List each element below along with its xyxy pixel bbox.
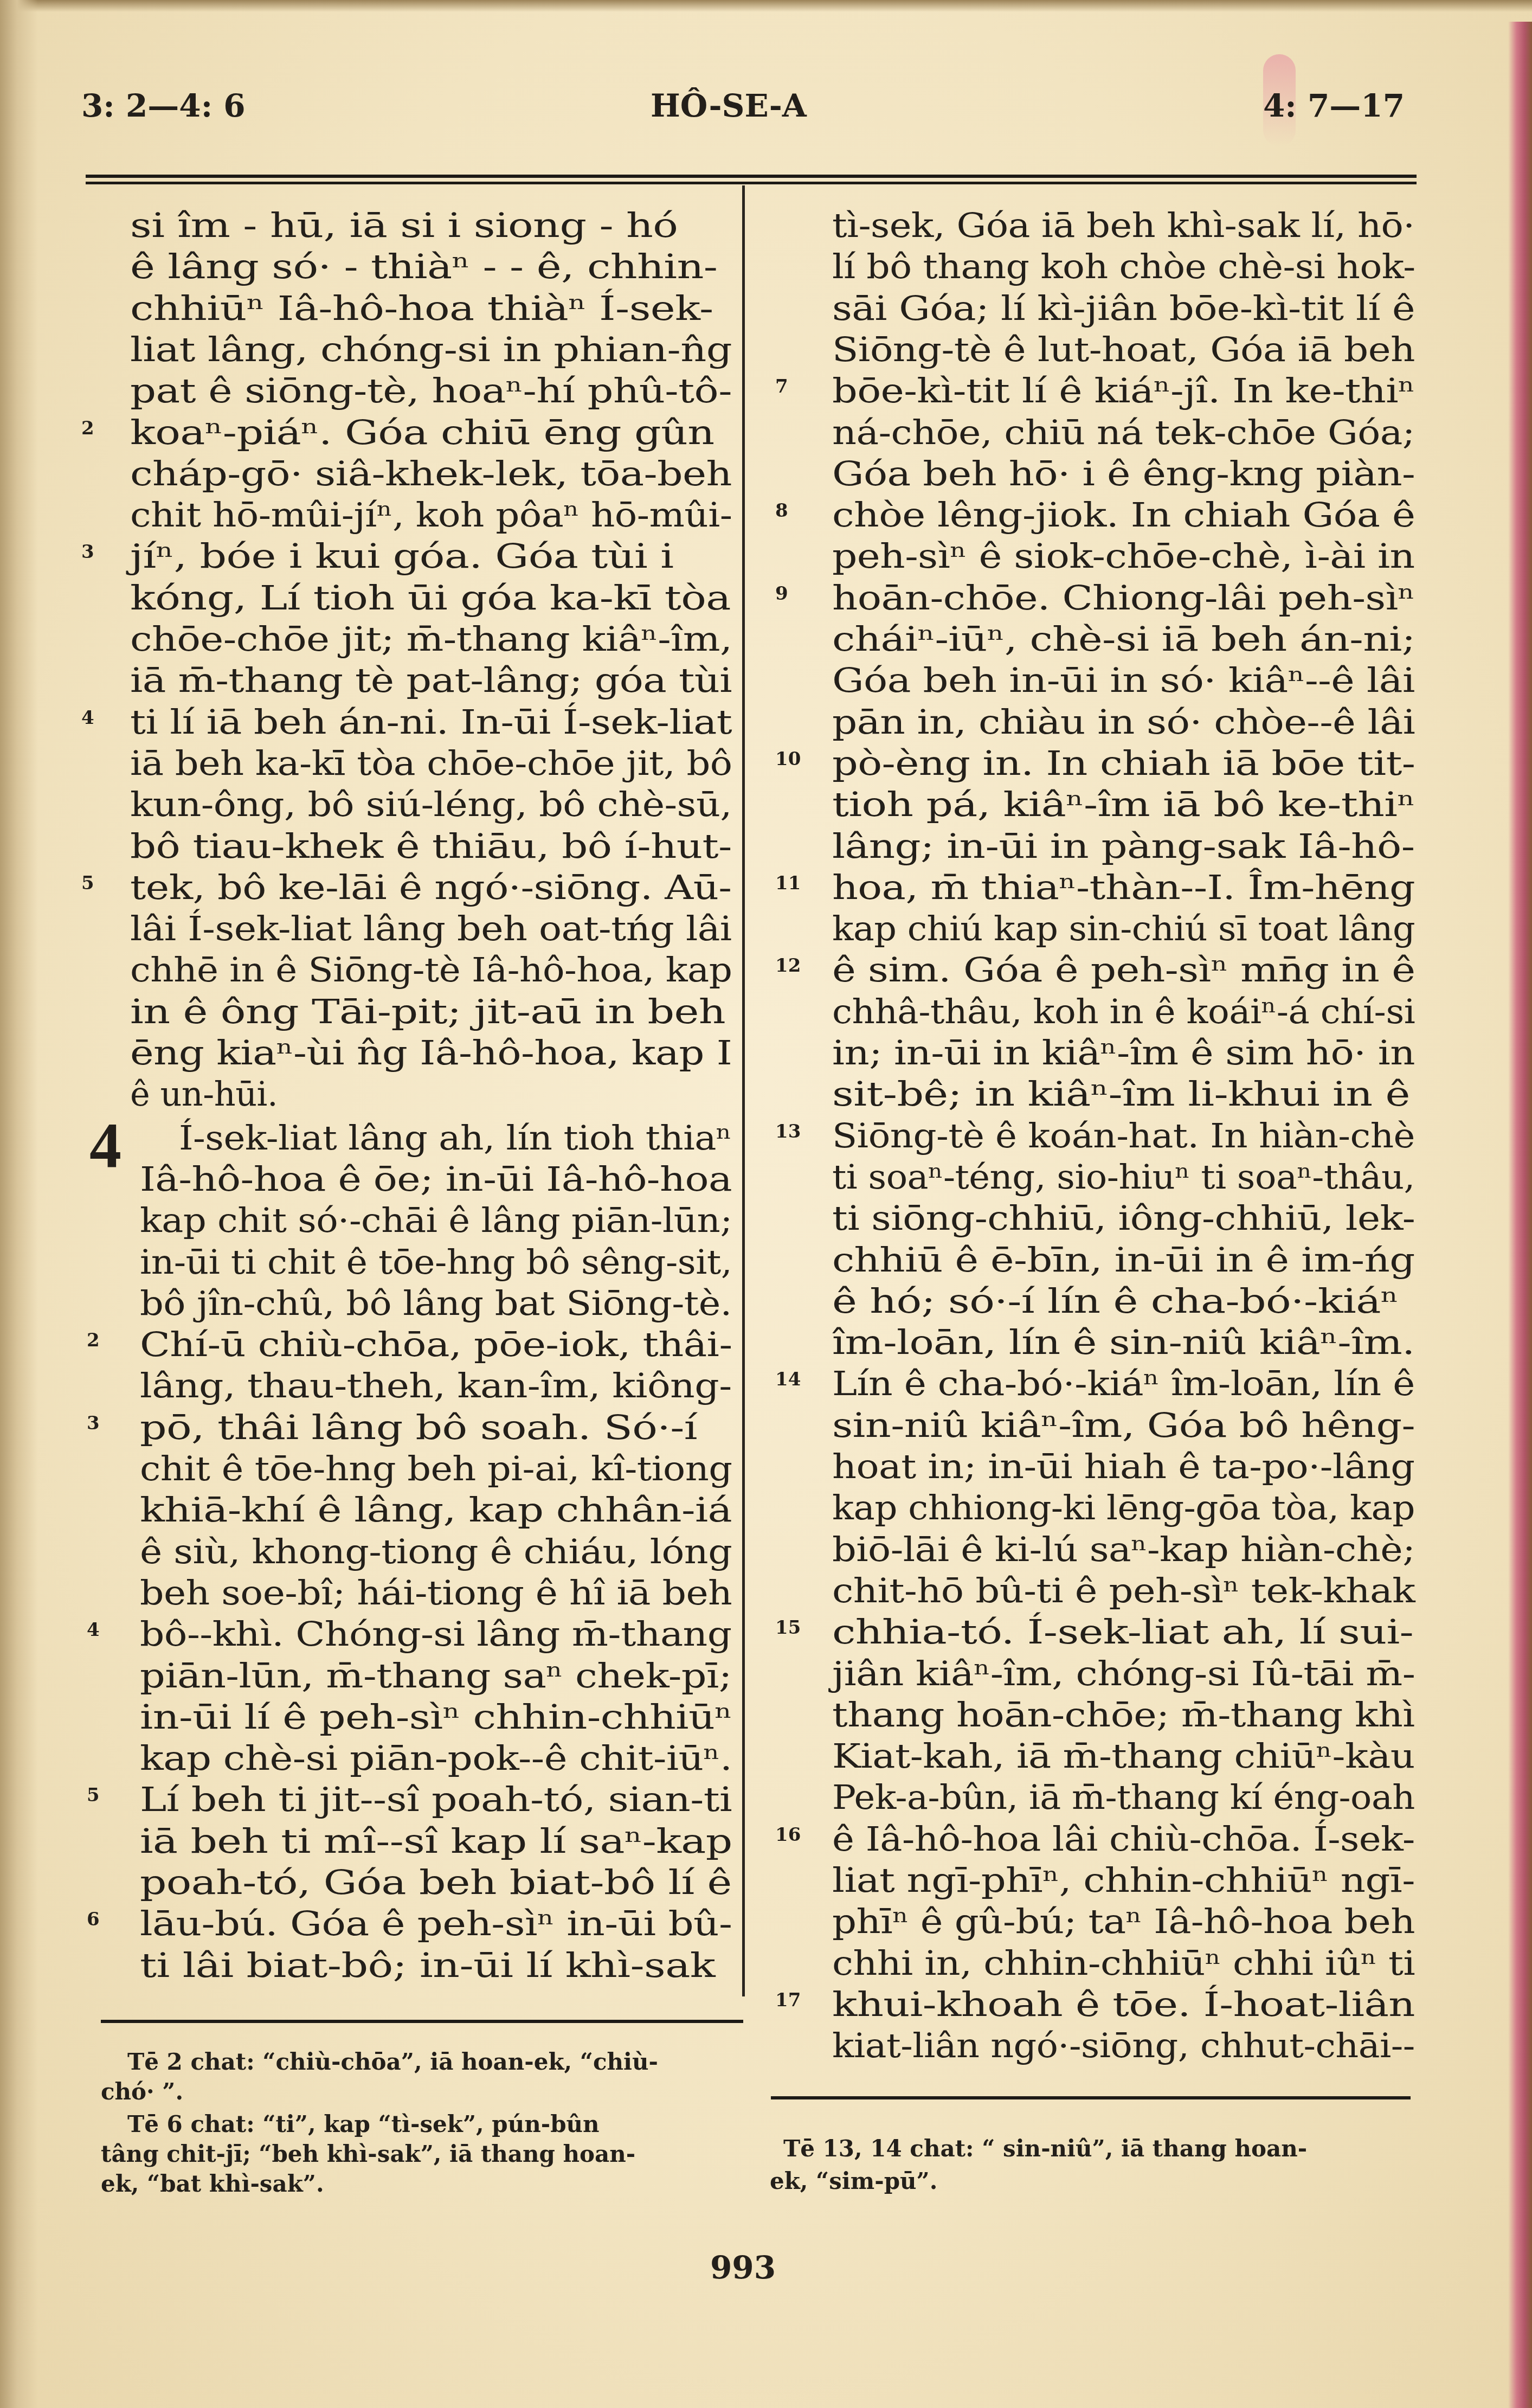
text-line: bô tiau-khek ê thiāu, bô í-hut- [130,826,732,867]
text-line: ti soaⁿ-téng, sio-hiuⁿ ti soaⁿ-thâu, [832,1157,1415,1198]
text-line: chhē in ê Siōng-tè Iâ-hô-hoa, kap [130,949,732,991]
footnote-line: chó· ”. [101,2077,183,2107]
text-line: ná-chōe, chiū ná tek-chōe Góa; [832,412,1415,453]
text-line: Lín ê cha-bó·-kiáⁿ îm-loān, lín ê [832,1363,1415,1404]
text-line: kun-ông, bô siú-léng, bô chè-sū, [130,784,732,825]
text-line: lí bô thang koh chòe chè-si hok- [832,246,1415,287]
text-line: pò-èng in. In chiah iā bōe tit- [832,743,1415,784]
header-rule-top [86,175,1417,178]
text-line: pān in, chiàu in só· chòe--ê lâi [832,702,1415,743]
text-line: bōe-kì-tit lí ê kiáⁿ-jî. In ke-thiⁿ [832,370,1415,412]
verse-number: 6 [87,1909,100,1930]
text-line: bô--khì. Chóng-si lâng m̄-thang [140,1614,732,1655]
header-right-range: 4: 7—17 [1263,87,1405,125]
left-footnote-rule [101,2020,743,2023]
chapter-number: 4 [89,1113,121,1178]
footnote-line: ek, “bat khì-sak”. [101,2169,324,2199]
text-line: liat ngī-phīⁿ, chhin-chhiūⁿ ngī- [832,1860,1415,1901]
right-footnote-rule [771,2096,1411,2099]
column-divider [742,185,745,1996]
running-title: HÔ-SE-A [651,87,807,125]
footnote-line: Tē 6 chat: “ti”, kap “tì-sek”, pún-bûn [127,2109,600,2140]
footnote-line: ek, “sim-pū”. [770,2166,937,2197]
verse-number: 9 [775,583,788,605]
text-line: hoān-chōe. Chiong-lâi peh-sìⁿ [832,577,1415,619]
text-line: sit-bê; in kiâⁿ-îm li-khui in ê [832,1074,1410,1115]
text-line: tioh pá, kiâⁿ-îm iā bô ke-thiⁿ [832,784,1415,825]
text-line: Pek-a-bûn, iā m̄-thang kí éng-oah [832,1777,1415,1818]
text-line: sin-niû kiâⁿ-îm, Góa bô hêng- [832,1405,1415,1446]
text-line: khiā-khí ê lâng, kap chhân-iá [140,1489,732,1531]
text-line: ēng kiaⁿ-ùi n̂g Iâ-hô-hoa, kap I [130,1032,732,1074]
text-line: chit ê tōe-hng beh pi-ai, kî-tiong [140,1448,732,1489]
verse-number: 17 [775,1989,801,2011]
text-line: chit-hō bû-ti ê peh-sìⁿ tek-khak [832,1570,1415,1611]
text-line: poah-tó, Góa beh biat-bô lí ê [140,1862,732,1903]
text-line: chōe-chōe jit; m̄-thang kiâⁿ-îm, [130,619,732,660]
text-line: hoa, m̄ thiaⁿ-thàn--I. Îm-hēng [832,867,1415,908]
verse-number: 10 [775,748,801,770]
verse-number: 2 [81,418,94,439]
bible-page: 3: 2—4: 6 HÔ-SE-A 4: 7—17 993 si îm - hū… [0,0,1532,2408]
text-line: kóng, Lí tioh ūi góa ka-kī tòa [130,577,731,619]
header-rule-bottom [86,182,1417,184]
text-line: tek, bô ke-lāi ê ngó·-siōng. Aū- [130,867,731,908]
verse-number: 4 [87,1619,100,1641]
text-line: Lí beh ti jit--sî poah-tó, sian-ti [140,1779,732,1820]
text-line: beh soe-bî; hái-tiong ê hî iā beh [140,1572,732,1614]
text-line: biō-lāi ê ki-lú saⁿ-kap hiàn-chè; [832,1529,1415,1570]
text-line: piān-lūn, m̄-thang saⁿ chek-pī; [140,1655,732,1697]
spine-shadow [0,0,38,2408]
text-line: Góa beh in-ūi in só· kiâⁿ--ê lâi [832,660,1415,701]
text-line: ê un-hūi. [130,1074,278,1115]
verse-number: 16 [775,1824,801,1846]
verse-number: 5 [87,1784,100,1806]
text-line: kap chiú kap sin-chiú sī toat lâng [832,908,1415,949]
text-line: iā beh ti mî--sî kap lí saⁿ-kap [140,1821,732,1862]
text-line: in; in-ūi in kiâⁿ-îm ê sim hō· in [832,1032,1415,1074]
text-line: iā m̄-thang tè pat-lâng; góa tùi [130,660,732,701]
page-number: 993 [710,2249,776,2286]
verse-number: 13 [775,1121,801,1142]
verse-number: 15 [775,1617,801,1639]
text-line: khui-khoah ê tōe. Í-hoat-liân [832,1984,1415,2025]
text-line: chhiūⁿ Iâ-hô-hoa thiàⁿ Í-sek- [130,288,713,329]
text-line: Kiat-kah, iā m̄-thang chiūⁿ-kàu [832,1736,1415,1777]
text-line: bô jîn-chû, bô lâng bat Siōng-tè. [140,1283,732,1324]
verse-number: 14 [775,1369,801,1390]
footnote-line: Tē 2 chat: “chiù-chōa”, iā hoan-ek, “chi… [127,2047,658,2077]
text-line: lâi Í-sek-liat lâng beh oat-tńg lâi [130,908,732,949]
red-page-edge [1508,22,1532,2408]
text-line: phīⁿ ê gû-bú; taⁿ Iâ-hô-hoa beh [832,1901,1415,1942]
verse-number: 2 [87,1330,100,1351]
text-line: hoat in; in-ūi hiah ê ta-po·-lâng [832,1446,1415,1487]
text-line: jíⁿ, bóe i kui góa. Góa tùi i [130,536,673,577]
text-line: si îm - hū, iā si i siong - hó [130,205,678,246]
text-line: in-ūi lí ê peh-sìⁿ chhin-chhiūⁿ [140,1697,732,1738]
text-line: lâng, thau-theh, kan-îm, kiông- [140,1365,732,1407]
text-line: sāi Góa; lí kì-jiân bōe-kì-tit lí ê [832,288,1415,329]
text-line: kap chè-si piān-pok--ê chit-iūⁿ. [140,1738,732,1779]
verse-number: 3 [81,541,94,563]
text-line: chhia-tó. Í-sek-liat ah, lí sui- [832,1611,1413,1653]
text-line: ti lí iā beh án-ni. In-ūi Í-sek-liat [130,702,732,743]
text-line: liat lâng, chóng-si in phian-n̂g [130,329,732,370]
text-line: in ê ông Tāi-pit; jit-aū in beh [130,991,725,1032]
text-line: chit hō-mûi-jíⁿ, koh pôaⁿ hō-mûi- [130,495,732,536]
verse-number: 11 [775,872,801,894]
text-line: peh-sìⁿ ê siok-chōe-chè, ì-ài in [832,536,1415,577]
text-line: chòe lêng-jiok. In chiah Góa ê [832,495,1415,536]
text-line: îm-loān, lín ê sin-niû kiâⁿ-îm. [832,1322,1415,1363]
footnote-line: Tē 13, 14 chat: “ sin-niû”, iā thang hoa… [783,2134,1307,2164]
text-line: Chí-ū chiù-chōa, pōe-iok, thâi- [140,1324,732,1365]
verse-number: 8 [775,500,788,522]
header-left-range: 3: 2—4: 6 [81,87,246,125]
verse-number: 3 [87,1412,100,1434]
text-line: Siōng-tè ê koán-hat. In hiàn-chè [832,1115,1415,1157]
text-line: ê Iâ-hô-hoa lâi chiù-chōa. Í-sek- [832,1819,1415,1860]
text-line: jiân kiâⁿ-îm, chóng-si Iû-tāi m̄- [832,1653,1415,1694]
text-line: kap chit só·-chāi ê lâng piān-lūn; [140,1200,732,1241]
text-line: ti lâi biat-bô; in-ūi lí khì-sak [140,1945,715,1986]
text-line: cháiⁿ-iūⁿ, chè-si iā beh án-ni; [832,619,1415,660]
text-line: lāu-bú. Góa ê peh-sìⁿ in-ūi bû- [140,1903,732,1944]
text-line: ê lâng só· - thiàⁿ - - ê, chhin- [130,246,717,287]
page-top-edge [0,0,1532,12]
text-line: chhâ-thâu, koh in ê koáiⁿ-á chí-si [832,991,1415,1032]
text-line: Iâ-hô-hoa ê ōe; in-ūi Iâ-hô-hoa [140,1159,732,1200]
verse-number: 7 [775,376,788,397]
text-line: ti siōng-chhiū, iông-chhiū, lek- [832,1198,1415,1239]
text-line: lâng; in-ūi in pàng-sak Iâ-hô- [832,826,1414,867]
text-line: ê sim. Góa ê peh-sìⁿ mn̄g in ê [832,949,1415,991]
text-line: kap chhiong-ki lēng-gōa tòa, kap [832,1487,1415,1529]
verse-number: 5 [81,872,94,894]
text-line: iā beh ka-kī tòa chōe-chōe jit, bô [130,743,732,784]
verse-number: 12 [775,955,801,977]
verse-number: 4 [81,707,94,729]
text-line: pō, thâi lâng bô soah. Só·-í [140,1407,697,1448]
text-line: cháp-gō· siâ-khek-lek, tōa-beh [130,453,732,495]
text-line: ê hó; só·-í lín ê cha-bó·-kiáⁿ [832,1281,1399,1322]
text-line: pat ê siōng-tè, hoaⁿ-hí phû-tô- [130,370,732,412]
text-line: Í-sek-liat lâng ah, lín tioh thiaⁿ [179,1118,731,1159]
text-line: Siōng-tè ê lut-hoat, Góa iā beh [832,329,1415,370]
text-line: kiat-liân ngó·-siōng, chhut-chāi-- [832,2025,1415,2066]
text-line: tì-sek, Góa iā beh khì-sak lí, hō· [832,205,1415,246]
text-line: chhiū ê ē-bīn, in-ūi in ê im-ńg [832,1240,1415,1281]
text-line: koaⁿ-piáⁿ. Góa chiū ēng gûn [130,412,714,453]
text-line: chhi in, chhin-chhiūⁿ chhi iûⁿ ti [832,1943,1415,1984]
text-line: ê siù, khong-tiong ê chiáu, lóng [140,1531,732,1572]
text-line: in-ūi ti chit ê tōe-hng bô sêng-sit, [140,1242,732,1283]
text-line: thang hoān-chōe; m̄-thang khì [832,1694,1415,1736]
footnote-line: tâng chit-jī; “beh khì-sak”, iā thang ho… [101,2139,635,2169]
text-line: Góa beh hō· i ê êng-kng piàn- [832,453,1415,495]
